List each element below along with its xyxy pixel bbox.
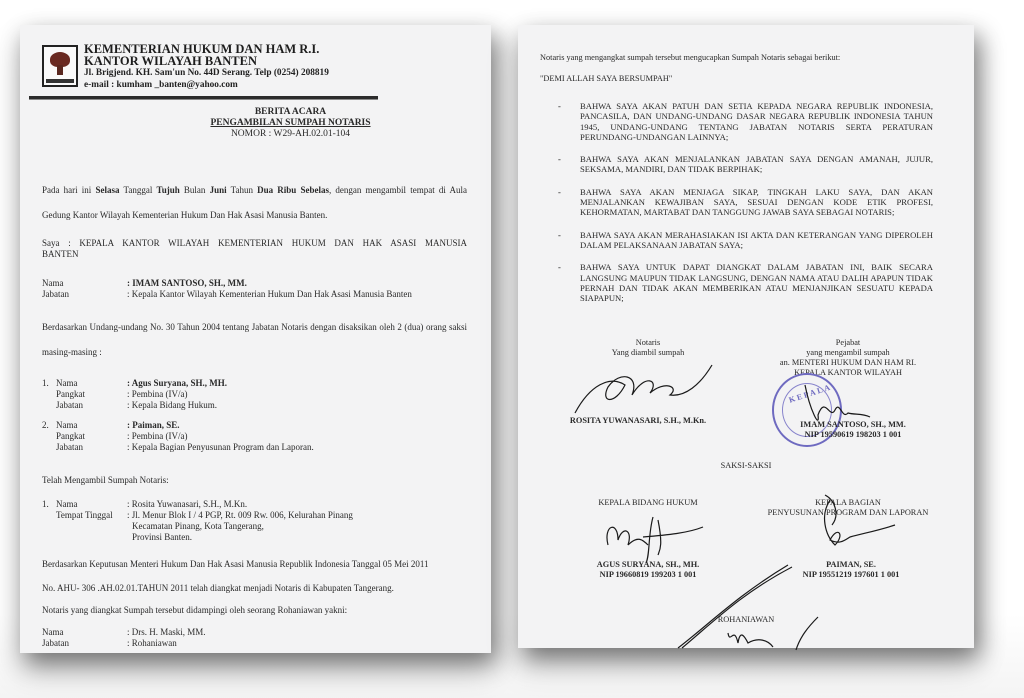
- witness-1-signature-block: KEPALA BIDANG HUKUM: [558, 498, 738, 508]
- official-position: : Kepala Kantor Wilayah Kementerian Huku…: [127, 289, 472, 300]
- oath-item: -BAHWA SAYA UNTUK DAPAT DIANGKAT DALAM J…: [558, 262, 933, 303]
- letterhead-divider: [29, 96, 378, 100]
- cleric-details: Nama: Drs. H. Maski, MM. Jabatan: Rohani…: [42, 627, 472, 649]
- cleric-signature-icon: [668, 565, 868, 650]
- notary-name-signed: ROSITA YUWANASARI, S.H., M.Kn.: [528, 416, 748, 426]
- oath-item: -BAHWA SAYA AKAN MENJAGA SIKAP, TINGKAH …: [558, 187, 933, 218]
- legal-basis-paragraph: Berdasarkan Undang-undang No. 30 Tahun 2…: [42, 315, 467, 365]
- bullet-dash-icon: -: [558, 262, 561, 272]
- opening-paragraph: Pada hari ini Selasa Tanggal Tujuh Bulan…: [42, 178, 467, 228]
- title-line-1: BERITA ACARA: [20, 107, 491, 118]
- oath-item: -BAHWA SAYA AKAN PATUH DAN SETIA KEPADA …: [558, 101, 933, 142]
- decree-line-1: Berdasarkan Keputusan Menteri Hukum Dan …: [42, 559, 482, 570]
- witness-name: : Agus Suryana, SH., MH.: [127, 378, 227, 389]
- cleric-position: : Rohaniawan: [127, 638, 472, 649]
- notary-signature-icon: [570, 365, 720, 415]
- letterhead: KEMENTERIAN HUKUM DAN HAM R.I. KANTOR WI…: [42, 43, 372, 93]
- document-title: BERITA ACARA PENGAMBILAN SUMPAH NOTARIS …: [20, 107, 491, 140]
- oath-opening: "DEMI ALLAH SAYA BERSUMPAH": [540, 74, 672, 84]
- declarant-statement: Saya : KEPALA KANTOR WILAYAH KEMENTERIAN…: [42, 238, 467, 260]
- sworn-heading: Telah Mengambil Sumpah Notaris:: [42, 475, 169, 486]
- witness-1-signature-icon: [598, 515, 708, 565]
- bullet-dash-icon: -: [558, 187, 561, 197]
- official-signature-block: Pejabat yang mengambil sumpah an. MENTER…: [748, 338, 948, 378]
- notary-signature-block: Notaris Yang diambil sumpah: [558, 338, 738, 358]
- title-line-2: PENGAMBILAN SUMPAH NOTARIS: [20, 118, 491, 129]
- document-number: NOMOR : W29-AH.02.01-104: [20, 129, 491, 140]
- bullet-dash-icon: -: [558, 230, 561, 240]
- accompanied-statement: Notaris yang diangkat Sumpah tersebut di…: [42, 605, 482, 616]
- year: Dua Ribu Sebelas: [257, 185, 329, 195]
- bullet-dash-icon: -: [558, 154, 561, 164]
- org-office: KANTOR WILAYAH BANTEN: [84, 55, 329, 67]
- official-nip: NIP 19590619 198203 1 001: [758, 430, 948, 440]
- org-email: e-mail : kumham _banten@yahoo.com: [84, 79, 329, 91]
- date: Tujuh: [157, 185, 180, 195]
- notary-name: : Rosita Yuwanasari, S.H., M.Kn.: [127, 499, 247, 510]
- ministry-emblem-icon: [42, 45, 78, 87]
- decree-line-2: No. AHU- 306 .AH.02.01.TAHUN 2011 telah …: [42, 583, 482, 594]
- official-name: : IMAM SANTOSO, SH., MM.: [127, 278, 472, 289]
- notary-details: 1.Nama: Rosita Yuwanasari, S.H., M.Kn. T…: [42, 499, 472, 543]
- oath-list: -BAHWA SAYA AKAN PATUH DAN SETIA KEPADA …: [558, 101, 933, 315]
- organization-info: KEMENTERIAN HUKUM DAN HAM R.I. KANTOR WI…: [84, 43, 329, 91]
- day: Selasa: [95, 185, 119, 195]
- official-details: Nama: IMAM SANTOSO, SH., MM. Jabatan: Ke…: [42, 278, 472, 300]
- org-address: Jl. Brigjend. KH. Sam'un No. 44D Serang.…: [84, 67, 329, 79]
- left-page-document: KEMENTERIAN HUKUM DAN HAM R.I. KANTOR WI…: [20, 25, 491, 653]
- witness-1: 1.Nama: Agus Suryana, SH., MH. Pangkat: …: [42, 378, 472, 411]
- oath-item: -BAHWA SAYA AKAN MENJALANKAN JABATAN SAY…: [558, 154, 933, 175]
- cleric-name: : Drs. H. Maski, MM.: [127, 627, 472, 638]
- official-name-signed: IMAM SANTOSO, SH., MM. NIP 19590619 1982…: [758, 420, 948, 440]
- oath-item: -BAHWA SAYA AKAN MERAHASIAKAN ISI AKTA D…: [558, 230, 933, 251]
- oath-intro: Notaris yang mengangkat sumpah tersebut …: [540, 53, 840, 63]
- month: Juni: [210, 185, 227, 195]
- witnesses-heading: SAKSI-SAKSI: [656, 461, 836, 471]
- witness-2: 2.Nama: Paiman, SE. Pangkat: Pembina (IV…: [42, 420, 472, 453]
- bullet-dash-icon: -: [558, 101, 561, 111]
- witness-name: : Paiman, SE.: [127, 420, 180, 431]
- notary-address: : Jl. Menur Blok I / 4 PGP, Rt. 009 Rw. …: [127, 510, 353, 521]
- right-page-document: Notaris yang mengangkat sumpah tersebut …: [518, 25, 974, 648]
